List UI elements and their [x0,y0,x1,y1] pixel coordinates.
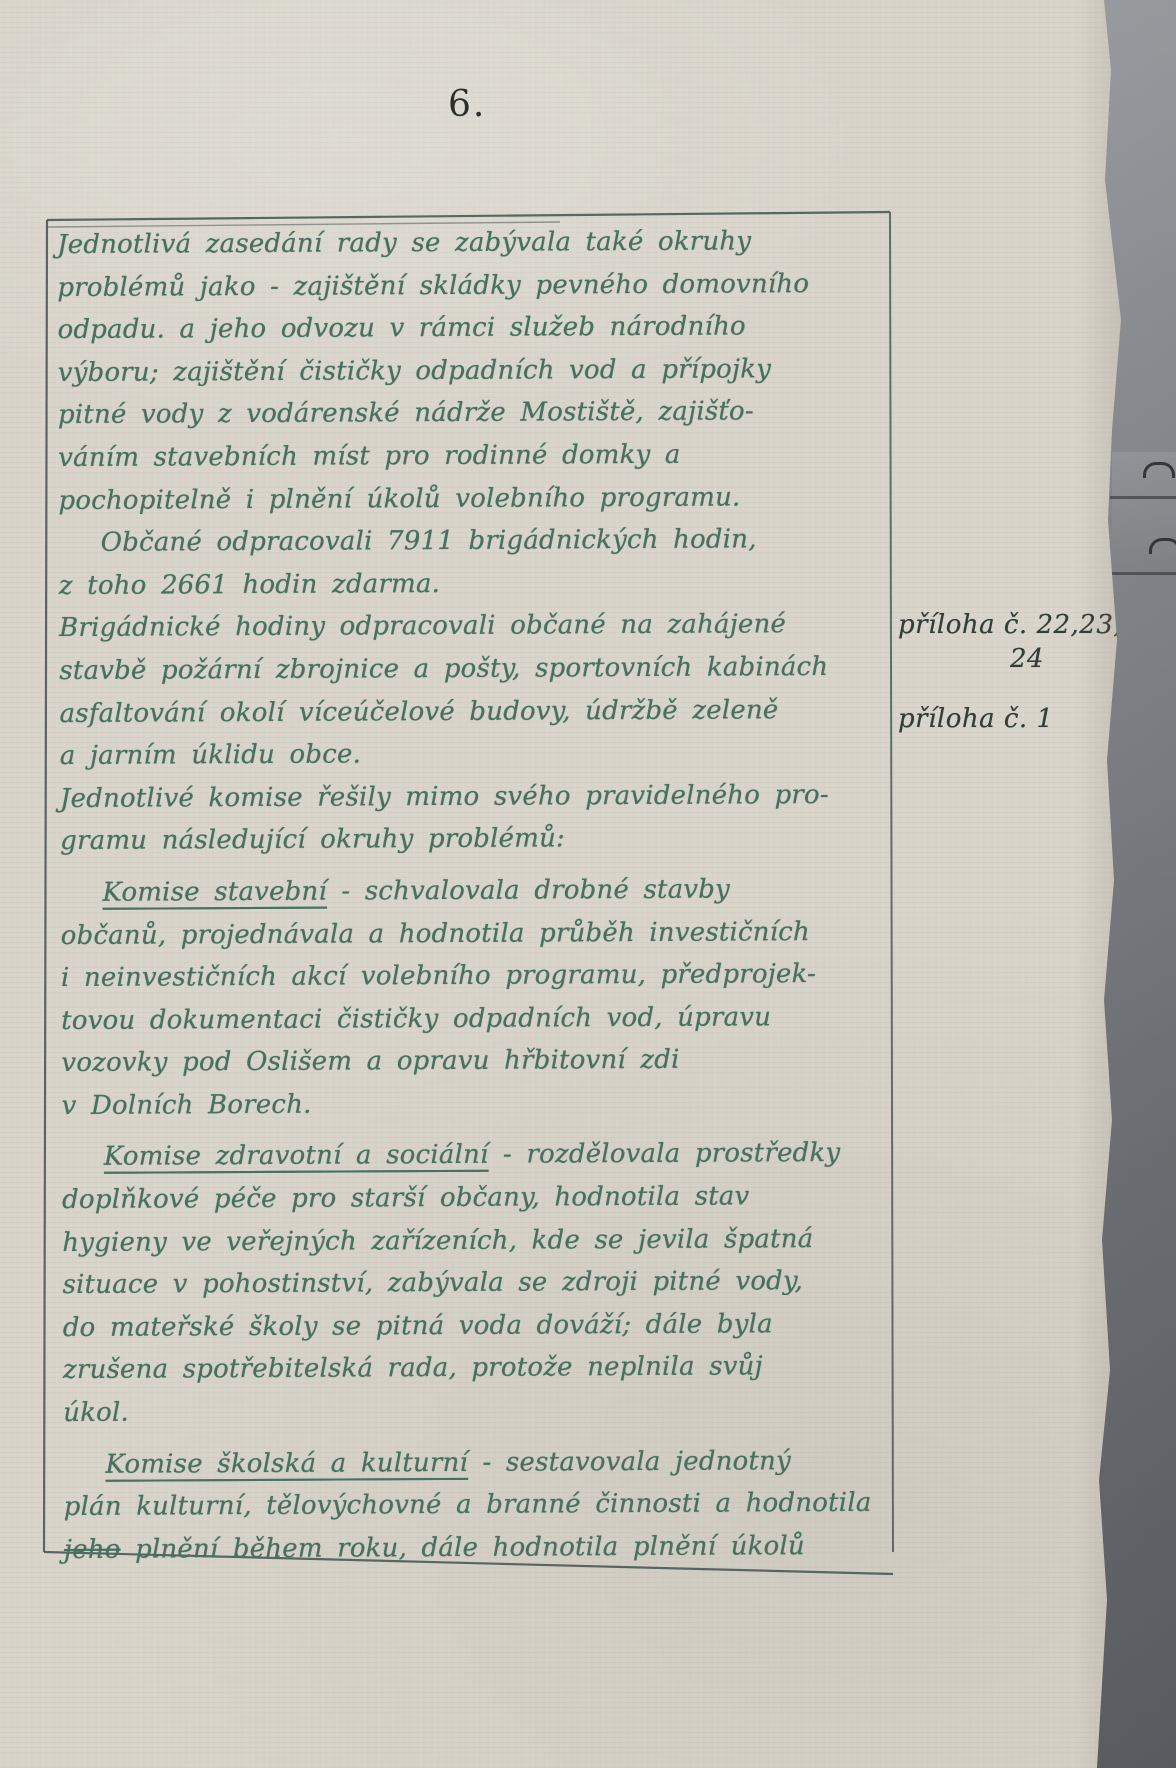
text-segment: doplňkové péče pro starší občany, hodnot… [62,1181,750,1215]
margin-note-text: 24 [898,642,1138,676]
handwritten-line: pochopitelně i plnění úkolů volebního pr… [58,475,918,522]
text-segment: občanů, projednávala a hodnotila průběh … [61,917,810,951]
paper-page: 6. Jednotlivá zasedání rady se zabývala … [0,0,1130,1768]
handwritten-line: do mateřské školy se pitná voda dováží; … [63,1302,923,1349]
handwritten-line: výboru; zajištění čističky odpadních vod… [58,347,918,394]
struck-word: jeho [64,1534,121,1564]
handwritten-line: odpadu. a jeho odvozu v rámci služeb nár… [57,305,917,352]
text-segment: gramu následující okruhy problémů: [60,824,565,857]
handwritten-line: Komise stavební - schvalovala drobné sta… [60,867,920,914]
text-segment: Brigádnické hodiny odpracovali občané na… [59,610,786,644]
screw-hole-icon [1143,462,1175,478]
handwritten-line: hygieny ve veřejných zařízeních, kde se … [62,1217,922,1264]
text-segment: Jednotlivá zasedání rady se zabývala tak… [57,226,751,260]
handwritten-line: jeho plnění během roku, dále hodnotila p… [64,1524,924,1571]
page-number: 6. [448,84,486,125]
text-segment: plán kulturní, tělovýchovné a branné čin… [64,1488,872,1522]
screw-hole-icon [1149,538,1176,554]
text-segment: Občané odpracovali 7911 brigádnických ho… [101,524,757,557]
handwritten-line: váním stavebních míst pro rodinné domky … [58,432,918,479]
margin-note-text: příloha č. 1 [898,702,1138,736]
text-segment: - schvalovala drobné stavby [327,874,730,906]
text-segment: Jednotlivé komise řešily mimo svého prav… [60,780,829,814]
text-segment: tovou dokumentaci čističky odpadních vod… [61,1002,771,1036]
handwritten-line: zrušena spotřebitelská rada, protože nep… [63,1345,923,1392]
handwritten-line: Komise zdravotní a sociální - rozděloval… [62,1132,922,1179]
text-segment: do mateřské školy se pitná voda dováží; … [63,1309,773,1343]
text-segment: asfaltování okolí víceúčelové budovy, úd… [59,695,778,729]
text-segment: situace v pohostinství, zabývala se zdro… [62,1266,802,1300]
handwritten-line: vozovky pod Oslišem a opravu hřbitovní z… [61,1038,921,1085]
margin-note: příloha č. 1 [898,702,1138,736]
text-segment: - rozdělovala prostředky [488,1138,840,1170]
margin-note: příloha č. 22,23,24 [898,608,1138,676]
text-segment: pochopitelně i plnění úkolů volebního pr… [58,482,740,516]
text-segment: z toho 2661 hodin zdarma. [59,569,440,601]
text-segment: i neinvestičních akcí volebního programu… [61,959,816,993]
handwritten-line: Jednotlivá zasedání rady se zabývala tak… [57,219,917,266]
handwritten-line: problémů jako - zajištění skládky pevnéh… [57,262,917,309]
handwritten-line: úkol. [63,1388,923,1435]
text-segment: váním stavebních míst pro rodinné domky … [58,440,681,473]
handwritten-line: pitné vody z vodárenské nádrže Mostiště,… [58,390,918,437]
section-heading: Komise stavební [102,877,327,908]
handwritten-line: stavbě požární zbrojnice a pošty, sporto… [59,645,919,692]
handwritten-line: asfaltování okolí víceúčelové budovy, úd… [59,688,919,735]
text-segment: výboru; zajištění čističky odpadních vod… [58,354,771,388]
handwritten-line: plán kulturní, tělovýchovné a branné čin… [64,1482,924,1529]
scanned-chronicle-page: 6. Jednotlivá zasedání rady se zabývala … [0,0,1176,1768]
handwritten-line: i neinvestičních akcí volebního programu… [61,953,921,1000]
handwritten-line: situace v pohostinství, zabývala se zdro… [62,1260,922,1307]
handwritten-line: v Dolních Borech. [62,1080,922,1127]
text-segment: úkol. [63,1398,129,1428]
handwritten-line: Brigádnické hodiny odpracovali občané na… [59,603,919,650]
chronicle-text-block: Jednotlivá zasedání rady se zabývala tak… [57,219,924,1571]
text-segment: v Dolních Borech. [62,1090,312,1121]
handwritten-line: z toho 2661 hodin zdarma. [59,560,919,607]
metal-seam [1110,496,1176,499]
text-segment: plnění během roku, dále hodnotila plnění… [121,1531,805,1565]
text-segment: problémů jako - zajištění skládky pevnéh… [57,269,809,303]
handwritten-line: gramu následující okruhy problémů: [60,816,920,863]
handwritten-line: Občané odpracovali 7911 brigádnických ho… [59,518,919,565]
margin-note-text: příloha č. 22,23, [898,608,1138,642]
section-heading: Komise zdravotní a sociální [104,1140,489,1172]
metal-plate [1112,452,1176,576]
text-segment: odpadu. a jeho odvozu v rámci služeb nár… [57,312,745,346]
handwritten-line: a jarním úklidu obce. [60,731,920,778]
text-segment: hygieny ve veřejných zařízeních, kde se … [62,1224,813,1258]
metal-seam [1110,572,1176,575]
handwritten-line: Komise školská a kulturní - sestavovala … [63,1439,923,1486]
handwritten-line: občanů, projednávala a hodnotila průběh … [61,910,921,957]
handwritten-line: doplňkové péče pro starší občany, hodnot… [62,1175,922,1222]
text-segment: pitné vody z vodárenské nádrže Mostiště,… [58,397,754,431]
text-segment: stavbě požární zbrojnice a pošty, sporto… [59,652,828,686]
text-segment: a jarním úklidu obce. [60,740,361,772]
text-segment: - sestavovala jednotný [468,1446,791,1478]
section-heading: Komise školská a kulturní [105,1447,468,1479]
handwritten-line: tovou dokumentaci čističky odpadních vod… [61,995,921,1042]
text-segment: zrušena spotřebitelská rada, protože nep… [63,1352,763,1386]
margin-notes: příloha č. 22,23,24příloha č. 1 [898,608,1138,736]
handwritten-line: Jednotlivé komise řešily mimo svého prav… [60,773,920,820]
text-segment: vozovky pod Oslišem a opravu hřbitovní z… [61,1045,679,1078]
